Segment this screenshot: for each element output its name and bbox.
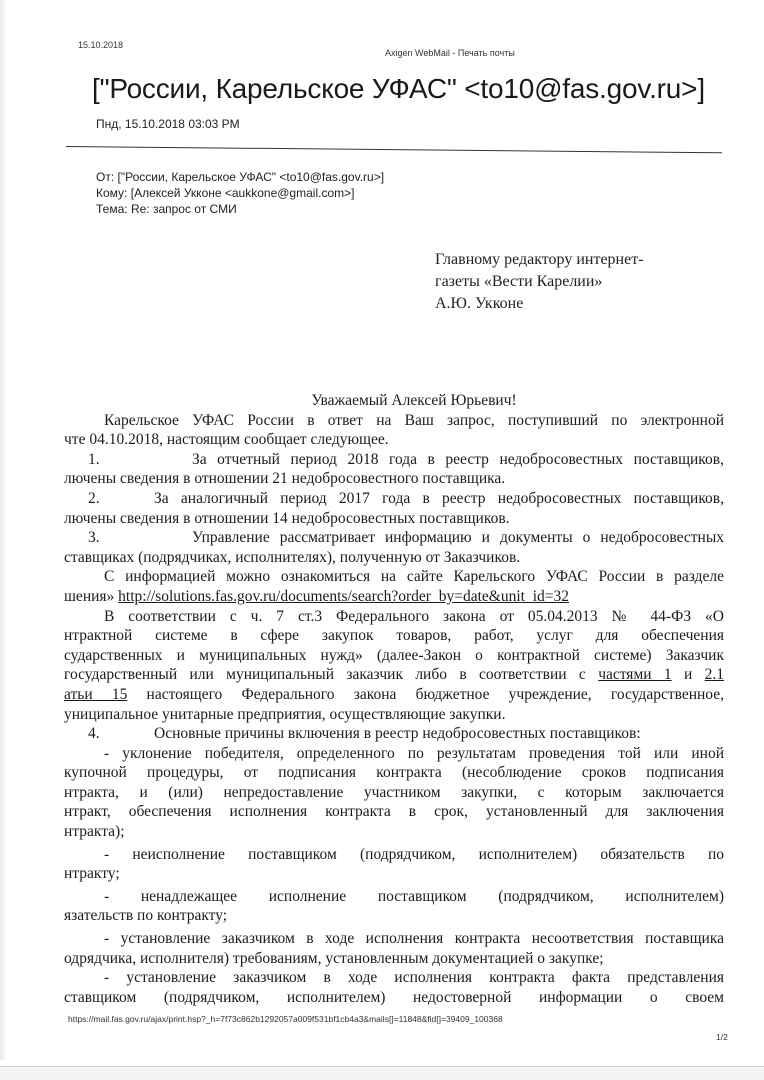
law-line-1: В соответствии с ч. 7 ст.3 Федерального … [64,607,724,627]
intro-line-1: Карельское УФАС России в ответ на Ваш за… [64,411,724,431]
law-line-6: униципальное унитарные предприятия, осущ… [64,705,724,725]
law-link-article-15[interactable]: атьи 15 [64,686,127,703]
addressee-line-2: газеты «Вести Карелии» [435,271,644,293]
info-line-1: С информацией можно ознакомиться на сайт… [64,567,724,587]
item-1-line-2: лючены сведения в отношении 21 недобросо… [64,469,724,489]
item-1-number: 1. [64,450,192,470]
item-1-line-1: 1.За отчетный период 2018 года в реестр … [64,450,724,470]
law-line-4: государственный или муниципальный заказч… [64,665,724,685]
print-date: 15.10.2018 [78,40,123,50]
greeting: Уважаемый Алексей Юрьевич! [64,391,724,411]
reason-5-line-2: ставщиком (подрядчиком, исполнителем) не… [64,988,724,1008]
from-label: От: [96,170,114,184]
subject-label: Тема: [96,202,128,216]
email-title: ["России, Карельское УФАС" <to10@fas.gov… [92,73,705,105]
reason-1-line-2: купочной процедуры, от подписания контра… [64,763,724,783]
reason-2-line-1: - неисполнение поставщиком (подрядчиком,… [64,845,724,865]
header-divider [66,146,722,153]
item-3-line-2: ставщиках (подрядчиках, исполнителях), п… [64,548,724,568]
addressee-line-3: А.Ю. Укконе [435,293,644,315]
item-2-text: За аналогичный период 2017 года в реестр… [154,490,724,507]
to-row: Кому: [Алексей Укконе <aukkone@gmail.com… [96,185,384,201]
law-line-4-and: и [684,666,692,683]
intro-line-2: чте 04.10.2018, настоящим сообщает следу… [64,430,724,450]
item-3-line-1: 3.Управление рассматривает информацию и … [64,528,724,548]
item-3-number: 3. [64,528,192,548]
law-line-2: нтрактной системе в сфере закупок товаро… [64,626,724,646]
email-sent-date: Пнд, 15.10.2018 03:03 PM [96,117,240,131]
reason-5-line-1: - установление заказчиком в ходе исполне… [64,968,724,988]
law-link-part-2-1[interactable]: 2.1 [705,666,724,683]
scan-bottom-edge [0,1066,764,1080]
item-2-line-1: 2.За аналогичный период 2017 года в реес… [64,489,724,509]
print-page-title: Axigen WebMail - Печать почты [385,48,515,58]
to-value: [Алексей Укконе <aukkone@gmail.com>] [131,186,355,200]
reason-1-line-3: нтракта, и (или) непредоставление участн… [64,783,724,803]
item-2-number: 2. [64,489,154,509]
reason-1-line-4: нтракт, обеспечения исполнения контракта… [64,802,724,822]
scan-edge-shadow [0,0,8,1060]
item-4-line: 4.Основные причины включения в реестр не… [64,724,724,744]
law-line-5-text: настоящего Федерального закона бюджетное… [147,686,724,703]
law-link-parts-1[interactable]: частями 1 [598,666,671,683]
from-row: От: ["России, Карельское УФАС" <to10@fas… [96,169,384,185]
info-line-2: шения» http://solutions.fas.gov.ru/docum… [64,587,724,607]
item-3-text: Управление рассматривает информацию и до… [192,529,724,546]
reason-1-line-1: - уклонение победителя, определенного по… [64,744,724,764]
item-1-text: За отчетный период 2018 года в реестр не… [192,451,724,468]
law-line-5: атьи 15 настоящего Федерального закона б… [64,685,724,705]
registry-link[interactable]: http://solutions.fas.gov.ru/documents/se… [118,588,569,605]
reason-1-line-5: нтракта); [64,822,724,842]
item-4-number: 4. [64,724,154,744]
reason-4-line-1: - установление заказчиком в ходе исполне… [64,929,724,949]
subject-value: Re: запрос от СМИ [131,202,237,216]
item-4-text: Основные причины включения в реестр недо… [154,725,641,742]
law-line-3: сударственных и муниципальных нужд» (дал… [64,646,724,666]
page-number: 1/2 [716,1032,728,1042]
reason-4-line-2: одрядчика, исполнителя) требованиям, уст… [64,949,724,969]
from-value: ["России, Карельское УФАС" <to10@fas.gov… [118,170,385,184]
reason-2-line-2: нтракту; [64,864,724,884]
addressee-line-1: Главному редактору интернет- [435,249,644,271]
law-line-4-text: государственный или муниципальный заказч… [64,666,586,683]
info-prefix: шения» [64,588,114,605]
subject-row: Тема: Re: запрос от СМИ [96,201,384,217]
reason-3-line-2: язательств по контракту; [64,906,724,926]
item-2-line-2: лючены сведения в отношении 14 недобросо… [64,509,724,529]
reason-3-line-1: - ненадлежащее исполнение поставщиком (п… [64,887,724,907]
email-headers: От: ["России, Карельское УФАС" <to10@fas… [96,169,384,217]
addressee-block: Главному редактору интернет- газеты «Вес… [435,249,644,315]
letter-body: Уважаемый Алексей Юрьевич! Карельское УФ… [64,391,724,1007]
to-label: Кому: [96,186,127,200]
print-footer-url: https://mail.fas.gov.ru/ajax/print.hsp?_… [68,1014,503,1024]
